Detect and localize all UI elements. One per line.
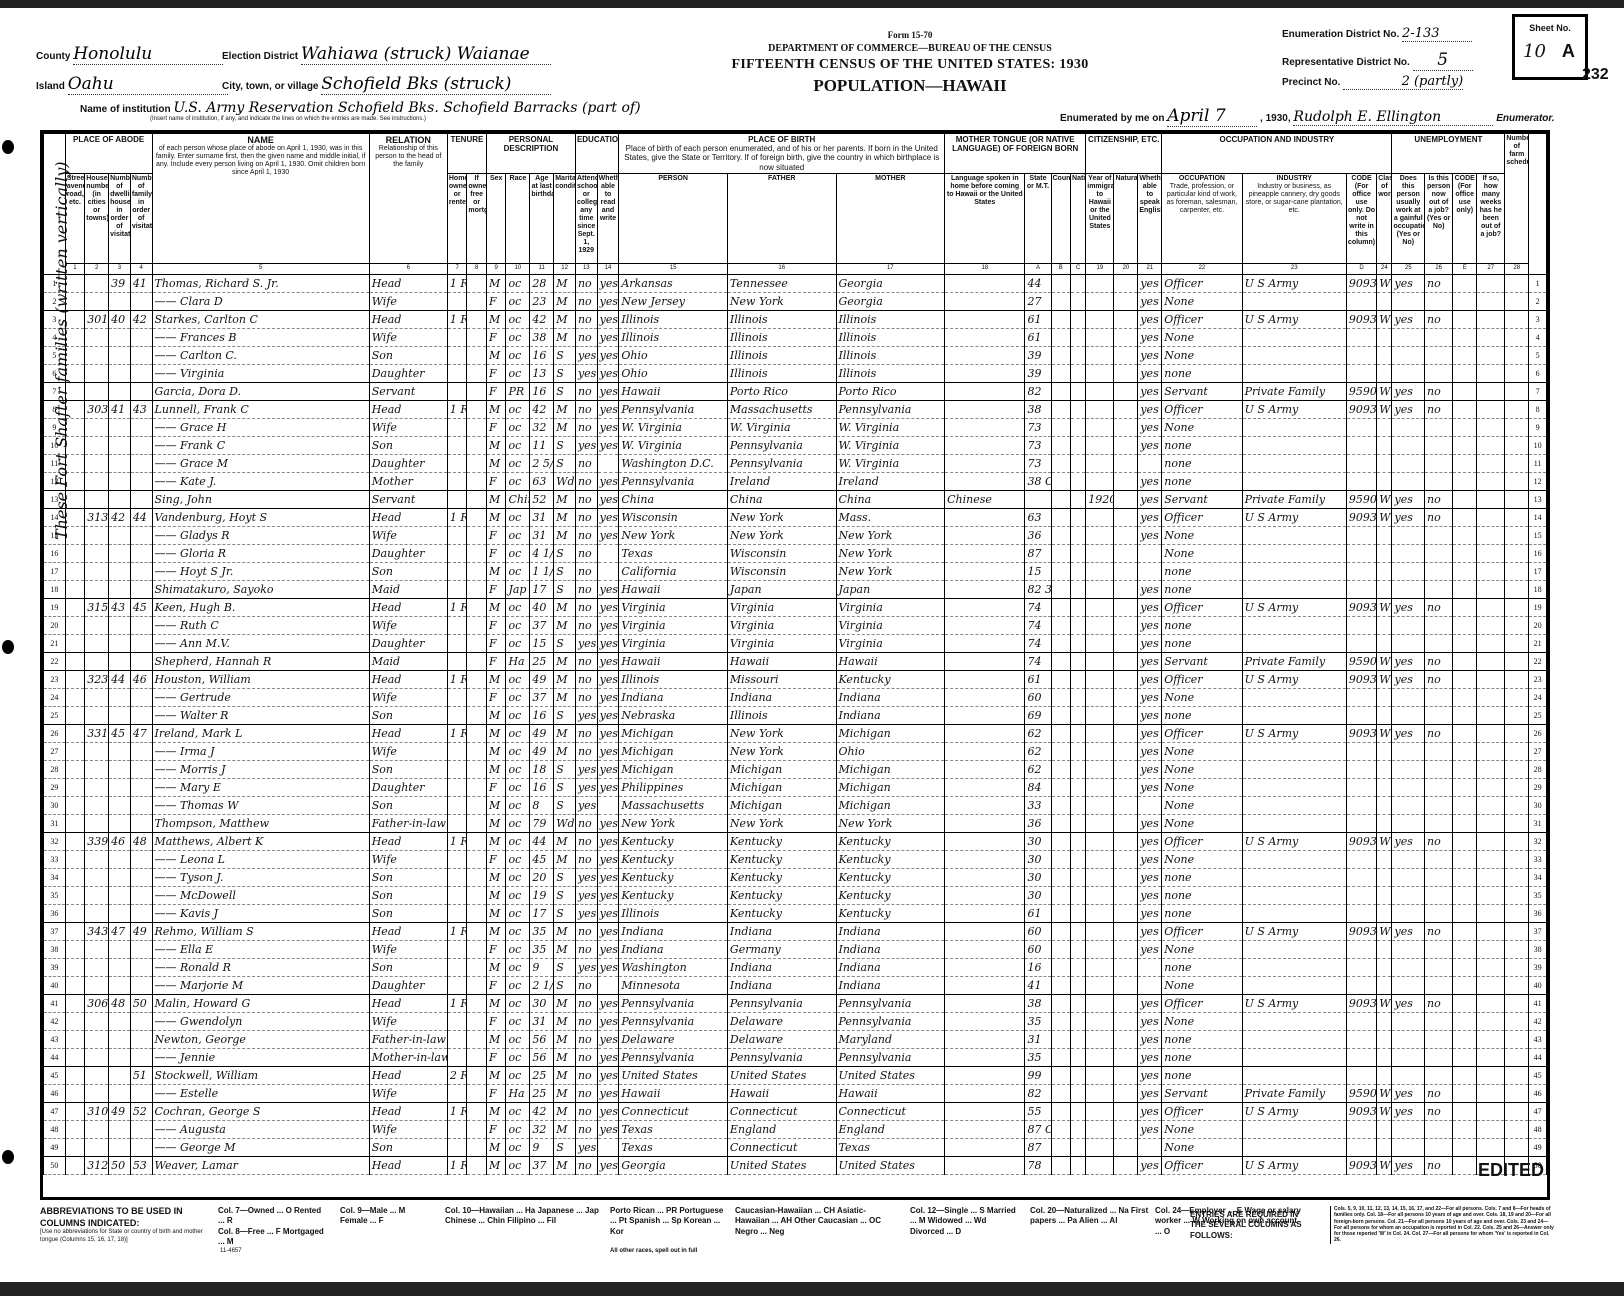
outjob-cell: [1425, 580, 1453, 598]
table-row: 46—— EstelleWifeFHa25MnoyesHawaiiHawaiiH…: [44, 1084, 1547, 1102]
house-cell: [85, 328, 109, 346]
name-cell: —— Grace M: [152, 454, 369, 472]
dwelling-cell: [109, 418, 131, 436]
class-cell: W: [1377, 724, 1392, 742]
name-cell: —— Irma J: [152, 742, 369, 760]
code-cell: 87: [1025, 544, 1051, 562]
codeC-cell: [1071, 1048, 1086, 1066]
school-cell: yes: [575, 778, 597, 796]
immig-cell: [1086, 724, 1114, 742]
code-cell: 41: [1025, 976, 1051, 994]
codeE-cell: [1453, 1138, 1477, 1156]
occupation-cell: none: [1162, 472, 1242, 490]
free-cell: [467, 436, 487, 454]
street-cell: [65, 1030, 85, 1048]
outjob-cell: [1425, 544, 1453, 562]
ocode-cell: [1346, 1030, 1376, 1048]
work-cell: [1392, 292, 1425, 310]
street-cell: [65, 634, 85, 652]
name-cell: Thompson, Matthew: [152, 814, 369, 832]
occupation-cell: none: [1162, 454, 1242, 472]
person-bp-cell: Michigan: [619, 724, 728, 742]
natur-cell: [1114, 418, 1138, 436]
relation-cell: Wife: [369, 292, 447, 310]
table-row: 4—— Frances BWifeFoc38MnoyesIllinoisIlli…: [44, 328, 1547, 346]
read-cell: yes: [597, 526, 619, 544]
free-cell: [467, 526, 487, 544]
home-cell: 1 R: [447, 400, 467, 418]
family-cell: [130, 688, 152, 706]
school-cell: yes: [575, 364, 597, 382]
natur-cell: [1114, 634, 1138, 652]
occupation-cell: Officer: [1162, 1102, 1242, 1120]
codeE-cell: [1453, 670, 1477, 688]
family-cell: 52: [130, 1102, 152, 1120]
col20-header: Naturalization: [1114, 173, 1138, 263]
relation-cell: Son: [369, 1138, 447, 1156]
person-bp-cell: Indiana: [619, 688, 728, 706]
marital-cell: M: [554, 850, 576, 868]
immig-cell: [1086, 346, 1114, 364]
name-cell: Stockwell, William: [152, 1066, 369, 1084]
free-cell: [467, 760, 487, 778]
line-number: 47: [1529, 1102, 1547, 1120]
column-number: 5: [152, 263, 369, 274]
occupation-cell: none: [1162, 706, 1242, 724]
occupation-cell: Officer: [1162, 994, 1242, 1012]
code-cell: 82: [1025, 382, 1051, 400]
codeE-cell: [1453, 724, 1477, 742]
line-number: 31: [1529, 814, 1547, 832]
natur-cell: [1114, 994, 1138, 1012]
immig-cell: [1086, 472, 1114, 490]
farm-cell: [1505, 868, 1529, 886]
mother-bp-cell: Kentucky: [836, 670, 945, 688]
school-cell: no: [575, 508, 597, 526]
person-bp-cell: China: [619, 490, 728, 508]
race-cell: oc: [506, 688, 530, 706]
farm-cell: [1505, 526, 1529, 544]
free-cell: [467, 886, 487, 904]
farm-cell: [1505, 976, 1529, 994]
codeC-cell: [1071, 292, 1086, 310]
ocode-cell: [1346, 958, 1376, 976]
col12-header: Marital condition: [554, 173, 576, 263]
table-row: 40—— Marjorie MDaughterFoc2 1/2SnoMinnes…: [44, 976, 1547, 994]
dwelling-cell: [109, 580, 131, 598]
line-number: 45: [1529, 1066, 1547, 1084]
class-cell: [1377, 580, 1392, 598]
speak-cell: yes: [1138, 400, 1162, 418]
codeC-cell: [1071, 490, 1086, 508]
tongue-cell: [945, 940, 1025, 958]
class-cell: [1377, 742, 1392, 760]
codeB-cell: [1051, 544, 1071, 562]
enumerated-label: Enumerated by me on: [1060, 113, 1164, 124]
relation-title: RELATION: [371, 135, 446, 145]
work-cell: yes: [1392, 508, 1425, 526]
house-cell: [85, 364, 109, 382]
tongue-cell: [945, 1156, 1025, 1174]
line-number: 22: [44, 652, 66, 670]
table-row: 323394648Matthews, Albert KHead1 RMoc44M…: [44, 832, 1547, 850]
codeB-cell: [1051, 994, 1071, 1012]
marital-cell: M: [554, 598, 576, 616]
industry-cell: [1242, 778, 1346, 796]
natur-cell: [1114, 274, 1138, 292]
home-cell: [447, 526, 467, 544]
outjob-cell: [1425, 1138, 1453, 1156]
codeE-cell: [1453, 904, 1477, 922]
free-cell: [467, 292, 487, 310]
marital-cell: M: [554, 742, 576, 760]
codeE-cell: [1453, 346, 1477, 364]
name-title: NAME: [154, 135, 368, 145]
read-cell: yes: [597, 490, 619, 508]
column-number: 27: [1477, 263, 1505, 274]
natur-cell: [1114, 580, 1138, 598]
col4-header: Number of family in order of visitation: [130, 173, 152, 263]
marital-cell: M: [554, 292, 576, 310]
outjob-cell: no: [1425, 598, 1453, 616]
person-bp-cell: Indiana: [619, 940, 728, 958]
weeks-cell: [1477, 562, 1505, 580]
work-cell: yes: [1392, 382, 1425, 400]
dwelling-cell: [109, 814, 131, 832]
weeks-cell: [1477, 1030, 1505, 1048]
occupation-cell: None: [1162, 328, 1242, 346]
tongue-cell: [945, 1048, 1025, 1066]
industry-cell: [1242, 292, 1346, 310]
speak-cell: yes: [1138, 652, 1162, 670]
column-number: 22: [1162, 263, 1242, 274]
street-cell: [65, 832, 85, 850]
race-cell: oc: [506, 418, 530, 436]
sex-cell: M: [486, 310, 506, 328]
island-value: Oahu: [68, 74, 228, 95]
codeE-cell: [1453, 814, 1477, 832]
street-cell: [65, 598, 85, 616]
father-bp-cell: Delaware: [727, 1030, 836, 1048]
tongue-cell: [945, 742, 1025, 760]
father-bp-cell: Kentucky: [727, 886, 836, 904]
school-cell: no: [575, 454, 597, 472]
farm-cell: [1505, 1066, 1529, 1084]
person-bp-cell: Pennsylvania: [619, 1012, 728, 1030]
tongue-cell: [945, 364, 1025, 382]
relation-cell: Head: [369, 832, 447, 850]
race-cell: oc: [506, 994, 530, 1012]
free-cell: [467, 454, 487, 472]
outjob-cell: [1425, 778, 1453, 796]
occupation-cell: None: [1162, 778, 1242, 796]
family-cell: [130, 1030, 152, 1048]
race-cell: Jap: [506, 580, 530, 598]
codeB-cell: [1051, 814, 1071, 832]
house-cell: [85, 580, 109, 598]
ocode-cell: [1346, 940, 1376, 958]
house-cell: [85, 346, 109, 364]
speak-cell: yes: [1138, 832, 1162, 850]
column-number: 12: [554, 263, 576, 274]
marital-cell: M: [554, 274, 576, 292]
line-number: 9: [1529, 418, 1547, 436]
line-number: 14: [1529, 508, 1547, 526]
col8-legend: Col. 8—Free ... F Mortgaged ... M: [218, 1227, 328, 1248]
farm-schedule-header: Number of farm schedule: [1505, 134, 1529, 264]
ocode-cell: [1346, 1120, 1376, 1138]
marital-cell: M: [554, 670, 576, 688]
codeC-cell: [1071, 562, 1086, 580]
speak-cell: yes: [1138, 490, 1162, 508]
speak-cell: yes: [1138, 778, 1162, 796]
mother-bp-cell: Hawaii: [836, 1084, 945, 1102]
home-cell: [447, 436, 467, 454]
class-cell: W: [1377, 598, 1392, 616]
codeE-cell: [1453, 796, 1477, 814]
codeB-cell: [1051, 1066, 1071, 1084]
age-cell: 16: [530, 346, 554, 364]
immig-cell: [1086, 796, 1114, 814]
column-number: 25: [1392, 263, 1425, 274]
sex-cell: F: [486, 1012, 506, 1030]
house-cell: [85, 706, 109, 724]
codeC-cell: [1071, 598, 1086, 616]
natur-cell: [1114, 922, 1138, 940]
sex-cell: F: [486, 418, 506, 436]
sex-cell: M: [486, 1066, 506, 1084]
speak-cell: yes: [1138, 670, 1162, 688]
tongue-cell: [945, 382, 1025, 400]
county-value: Honolulu: [73, 44, 223, 65]
home-cell: 1 R: [447, 832, 467, 850]
mother-bp-cell: W. Virginia: [836, 418, 945, 436]
col25-header: Does this person usually work at a gainf…: [1392, 173, 1425, 263]
table-row: 35—— McDowellSonMoc19SyesyesKentuckyKent…: [44, 886, 1547, 904]
outjob-cell: no: [1425, 1102, 1453, 1120]
line-number: 44: [44, 1048, 66, 1066]
dwelling-cell: 43: [109, 598, 131, 616]
person-bp-cell: United States: [619, 1066, 728, 1084]
father-bp-cell: W. Virginia: [727, 418, 836, 436]
mother-bp-cell: United States: [836, 1156, 945, 1174]
codeB-cell: [1051, 922, 1071, 940]
occupation-cell: None: [1162, 760, 1242, 778]
relation-cell: Daughter: [369, 634, 447, 652]
codeB-cell: [1051, 868, 1071, 886]
entries-required-detail: Cols. 5, 9, 10, 11, 12, 13, 14, 15, 16, …: [1330, 1206, 1554, 1244]
read-cell: yes: [597, 310, 619, 328]
school-cell: no: [575, 472, 597, 490]
ocode-cell: 9590: [1346, 1084, 1376, 1102]
ocode-cell: [1346, 904, 1376, 922]
read-cell: yes: [597, 724, 619, 742]
sheet-number-box: Sheet No. 10A: [1512, 14, 1588, 80]
speak-cell: [1138, 1138, 1162, 1156]
tongue-cell: [945, 652, 1025, 670]
table-row: 44—— JennieMother-in-lawFoc56MnoyesPenns…: [44, 1048, 1547, 1066]
relation-cell: Head: [369, 1156, 447, 1174]
house-cell: [85, 904, 109, 922]
immig-cell: [1086, 940, 1114, 958]
sex-cell: F: [486, 1084, 506, 1102]
relation-desc: Relationship of this person to the head …: [371, 145, 446, 169]
codeB-cell: [1051, 796, 1071, 814]
person-bp-cell: Virginia: [619, 616, 728, 634]
father-bp-cell: United States: [727, 1066, 836, 1084]
column-number: 14: [597, 263, 619, 274]
sex-cell: F: [486, 652, 506, 670]
speak-cell: yes: [1138, 436, 1162, 454]
read-cell: yes: [597, 418, 619, 436]
age-cell: 9: [530, 958, 554, 976]
free-cell: [467, 418, 487, 436]
immig-cell: [1086, 958, 1114, 976]
codeC-cell: [1071, 472, 1086, 490]
person-bp-cell: Pennsylvania: [619, 400, 728, 418]
codeE-cell: [1453, 526, 1477, 544]
farm-cell: [1505, 1048, 1529, 1066]
natur-cell: [1114, 850, 1138, 868]
outjob-cell: [1425, 418, 1453, 436]
table-row: 11—— Grace MDaughterMoc2 5/12SnoWashingt…: [44, 454, 1547, 472]
ocode-cell: [1346, 688, 1376, 706]
line-number: 46: [44, 1084, 66, 1102]
codeB-cell: [1051, 490, 1071, 508]
sex-cell: F: [486, 850, 506, 868]
marital-cell: M: [554, 724, 576, 742]
age-cell: 44: [530, 832, 554, 850]
occupation-cell: Officer: [1162, 724, 1242, 742]
person-bp-cell: Hawaii: [619, 580, 728, 598]
col16-header: FATHER: [727, 173, 836, 263]
codeB-cell: [1051, 1012, 1071, 1030]
outjob-cell: [1425, 454, 1453, 472]
column-number: 10: [506, 263, 530, 274]
race-cell: oc: [506, 436, 530, 454]
home-cell: [447, 454, 467, 472]
read-cell: yes: [597, 958, 619, 976]
speak-cell: yes: [1138, 526, 1162, 544]
free-cell: [467, 922, 487, 940]
house-cell: [85, 886, 109, 904]
immig-cell: [1086, 652, 1114, 670]
family-cell: 49: [130, 922, 152, 940]
codeE-cell: [1453, 688, 1477, 706]
codeE-cell: [1453, 850, 1477, 868]
dwelling-cell: 50: [109, 1156, 131, 1174]
sex-cell: M: [486, 832, 506, 850]
tongue-cell: [945, 886, 1025, 904]
father-bp-cell: Hawaii: [727, 1084, 836, 1102]
line-number: 24: [1529, 688, 1547, 706]
school-cell: no: [575, 652, 597, 670]
occupation-cell: none: [1162, 562, 1242, 580]
read-cell: yes: [597, 436, 619, 454]
natur-cell: [1114, 778, 1138, 796]
free-cell: [467, 1156, 487, 1174]
ocode-cell: [1346, 436, 1376, 454]
school-cell: no: [575, 814, 597, 832]
race-cell: oc: [506, 1156, 530, 1174]
table-row: 503125053Weaver, LamarHead1 RMoc37Mnoyes…: [44, 1156, 1547, 1174]
line-number: 49: [44, 1138, 66, 1156]
sex-cell: F: [486, 364, 506, 382]
family-cell: 41: [130, 274, 152, 292]
age-cell: 16: [530, 382, 554, 400]
tongue-cell: [945, 544, 1025, 562]
immig-cell: [1086, 1084, 1114, 1102]
free-cell: [467, 328, 487, 346]
read-cell: yes: [597, 346, 619, 364]
codeC-cell: [1071, 580, 1086, 598]
house-cell: [85, 544, 109, 562]
line-number: 13: [1529, 490, 1547, 508]
family-cell: [130, 562, 152, 580]
representative-district-field: Representative District No. 5: [1282, 50, 1473, 71]
street-cell: [65, 670, 85, 688]
occupation-cell: Officer: [1162, 922, 1242, 940]
unemployment-header: UNEMPLOYMENT: [1392, 134, 1505, 174]
age-cell: 9: [530, 1138, 554, 1156]
race-cell: oc: [506, 706, 530, 724]
school-cell: no: [575, 1102, 597, 1120]
codeC-cell: [1071, 544, 1086, 562]
age-cell: 45: [530, 850, 554, 868]
codeB-cell: [1051, 328, 1071, 346]
mother-bp-cell: Indiana: [836, 706, 945, 724]
line-number: 43: [44, 1030, 66, 1048]
farm-cell: [1505, 994, 1529, 1012]
name-cell: Ireland, Mark L: [152, 724, 369, 742]
codeC-cell: [1071, 814, 1086, 832]
industry-cell: [1242, 1138, 1346, 1156]
dwelling-cell: [109, 688, 131, 706]
outjob-cell: no: [1425, 670, 1453, 688]
line-number: 30: [1529, 796, 1547, 814]
free-cell: [467, 724, 487, 742]
natur-cell: [1114, 454, 1138, 472]
relation-cell: Son: [369, 796, 447, 814]
work-cell: [1392, 940, 1425, 958]
father-bp-cell: England: [727, 1120, 836, 1138]
race-cell: oc: [506, 454, 530, 472]
relation-cell: Maid: [369, 580, 447, 598]
occupation-cell: None: [1162, 544, 1242, 562]
age-cell: 63: [530, 472, 554, 490]
column-number: 23: [1242, 263, 1346, 274]
codeB-cell: [1051, 940, 1071, 958]
farm-cell: [1505, 418, 1529, 436]
free-cell: [467, 274, 487, 292]
free-cell: [467, 994, 487, 1012]
marital-cell: S: [554, 634, 576, 652]
street-cell: [65, 616, 85, 634]
dwelling-cell: 48: [109, 994, 131, 1012]
house-cell: [85, 976, 109, 994]
col11-header: Age at last birthday: [530, 173, 554, 263]
industry-cell: [1242, 418, 1346, 436]
free-cell: [467, 670, 487, 688]
line-number: 36: [1529, 904, 1547, 922]
school-cell: no: [575, 418, 597, 436]
code-cell: 62: [1025, 760, 1051, 778]
codeB-cell: [1051, 634, 1071, 652]
race-cell: oc: [506, 1030, 530, 1048]
home-cell: [447, 778, 467, 796]
free-cell: [467, 580, 487, 598]
weeks-cell: [1477, 616, 1505, 634]
